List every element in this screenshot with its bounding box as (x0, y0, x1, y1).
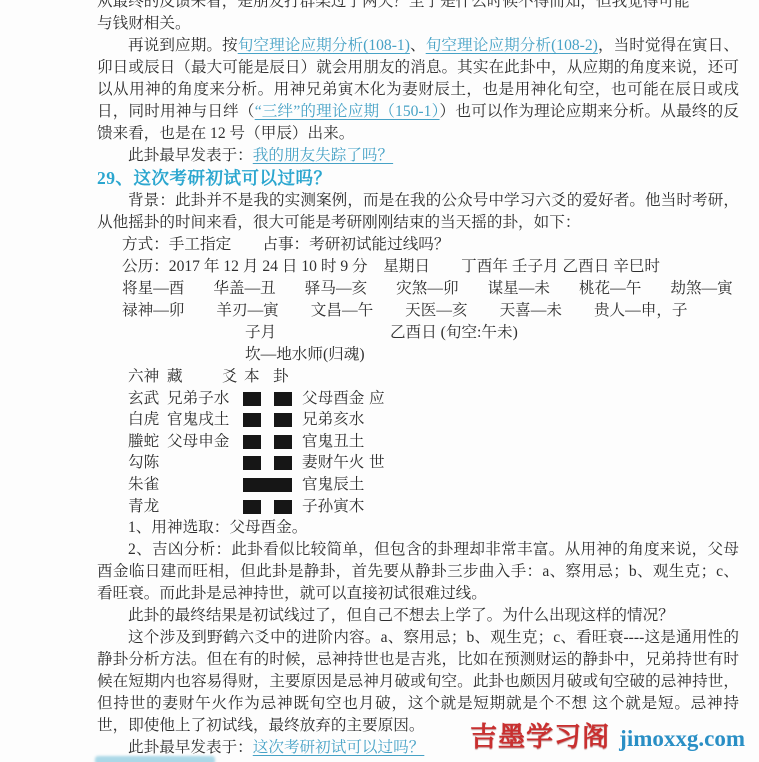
yao-name-label: 兄弟亥水 (302, 409, 364, 431)
published-line-1: 此卦最早发表于：我的朋友失踪了吗？ (97, 145, 739, 167)
six-god-label: 玄武 (128, 388, 159, 410)
link-friend-missing-post[interactable]: 我的朋友失踪了吗？ (253, 147, 393, 164)
star-item: 华盖—丑 (213, 278, 275, 300)
hexagram-row: 朱雀 官鬼辰土 (97, 474, 739, 496)
col-hidden: 藏 (167, 366, 183, 388)
col-yao: 爻 (222, 366, 238, 388)
yao-line-icon (243, 500, 292, 514)
method-line: 方式：手工指定 占事：考研初试能过线吗？ (122, 234, 739, 256)
star-item: 驿马—亥 (305, 278, 367, 300)
section-heading-29: 29、这次考研初试可以过吗？ (97, 167, 739, 190)
yao-name-label: 子孙寅木 (302, 496, 364, 518)
yao-line-icon (243, 456, 292, 470)
stars-row-1: 将星—酉 华盖—丑 驿马—亥 灾煞—卯 谋星—未 桃花—午 劫煞—寅 (122, 278, 739, 300)
six-god-label: 勾陈 (128, 452, 159, 474)
star-item: 天喜—未 (500, 300, 562, 322)
hexagram-row: 勾陈 妻财午火 世 (97, 452, 739, 474)
hexagram-row: 白虎 官鬼戌土 兄弟亥水 (97, 409, 739, 431)
col-six-gods: 六神 (128, 366, 159, 388)
col-gua: 卦 (273, 366, 289, 388)
hexagram-row: 螣蛇 父母申金 官鬼丑土 (97, 431, 739, 453)
paragraph-feedback-end: 与钱财相关。 (97, 13, 739, 35)
watermark-domain: jimoxxg.com (619, 726, 745, 752)
star-item: 将星—酉 (122, 278, 184, 300)
site-watermark: 吉墨学习阁 jimoxxg.com (470, 715, 745, 754)
hexagram-title: 坎—地水师(归魂) (245, 344, 739, 366)
yao-line-icon (243, 478, 292, 492)
star-item: 文昌—午 (311, 300, 373, 322)
hexagram-table-header: 六神 藏 爻 本 卦 (97, 366, 739, 388)
link-sanban-150-1[interactable]: “三绊”的理论应期（150-1） (255, 103, 440, 120)
yao-line-icon (243, 413, 292, 427)
link-xunkong-108-1[interactable]: 旬空理论应期分析(108-1) (238, 37, 410, 54)
yao-name-label: 官鬼辰土 (302, 474, 364, 496)
yao-name-label: 妻财午火 (302, 452, 364, 474)
document-content: 从最终的反馈来看，是朋友打群架过了两天？至于是什么时候不得而知，但我觉得可能 与… (97, 0, 739, 759)
link-kaoyan-post[interactable]: 这次考研初试可以过吗？ (253, 739, 425, 756)
yao-name-label: 官鬼丑土 (302, 431, 364, 453)
month-day-row: 子月 乙酉日 (旬空:午未) (97, 322, 739, 344)
star-item: 劫煞—寅 (670, 278, 732, 300)
star-item: 灾煞—卯 (396, 278, 458, 300)
document-page: 从最终的反馈来看，是朋友打群架过了两天？至于是什么时候不得而知，但我觉得可能 与… (0, 0, 759, 762)
six-god-label: 螣蛇 (128, 431, 159, 453)
paragraph-yingqi: 再说到应期。按旬空理论应期分析(108-1)、旬空理论应期分析(108-2)，当… (97, 35, 739, 145)
star-item: 羊刃—寅 (216, 300, 278, 322)
analysis-jixiong: 2、吉凶分析：此卦看似比较简单，但包含的卦理却非常丰富。从用神的角度来说，父母酉… (97, 539, 739, 605)
six-god-label: 白虎 (128, 409, 159, 431)
hidden-spirit-label: 兄弟子水 (167, 388, 229, 410)
yao-line-icon (243, 392, 292, 406)
watermark-site-name: 吉墨学习阁 (470, 715, 610, 754)
hidden-spirit-label: 父母申金 (167, 431, 229, 453)
shi-ying-marker: 应 (369, 388, 385, 410)
stars-row-2: 禄神—卯 羊刃—寅 文昌—午 天医—亥 天喜—未 贵人—申，子 (122, 300, 739, 322)
day-pillar-xunkong: 乙酉日 (旬空:午未) (390, 322, 518, 344)
hexagram-row: 玄武 兄弟子水 父母酉金 应 (97, 388, 739, 410)
calendar-line: 公历：2017 年 12 月 24 日 10 时 9 分 星期日 丁酉年 壬子月… (122, 256, 739, 278)
star-item: 谋星—未 (488, 278, 550, 300)
hexagram-row: 青龙 子孙寅木 (97, 496, 739, 518)
six-god-label: 朱雀 (128, 474, 159, 496)
next-heading-clipped (95, 756, 215, 762)
analysis-yongshen: 1、用神选取：父母酉金。 (97, 517, 739, 539)
analysis-result: 此卦的最终结果是初试线过了，但自己不想去上学了。为什么出现这样的情况？ (97, 605, 739, 627)
six-god-label: 青龙 (128, 496, 159, 518)
clipped-line: 从最终的反馈来看，是朋友打群架过了两天？至于是什么时候不得而知，但我觉得可能 (97, 0, 690, 10)
star-item: 禄神—卯 (122, 300, 184, 322)
shi-ying-marker: 世 (369, 452, 385, 474)
link-xunkong-108-2[interactable]: 旬空理论应期分析(108-2) (426, 37, 598, 54)
star-item: 桃花—午 (579, 278, 641, 300)
col-ben: 本 (244, 366, 260, 388)
paragraph-feedback-clipped: 从最终的反馈来看，是朋友打群架过了两天？至于是什么时候不得而知，但我觉得可能 (97, 0, 739, 13)
paragraph-background: 背景：此卦并不是我的实测案例，而是在我的公众号中学习六爻的爱好者。他当时考研，从… (97, 190, 739, 234)
month-pillar: 子月 (245, 322, 276, 344)
yao-line-icon (243, 435, 292, 449)
hidden-spirit-label: 官鬼戌土 (167, 409, 229, 431)
yao-name-label: 父母酉金 (302, 388, 364, 410)
star-item: 贵人—申，子 (594, 300, 688, 322)
star-item: 天医—亥 (405, 300, 467, 322)
